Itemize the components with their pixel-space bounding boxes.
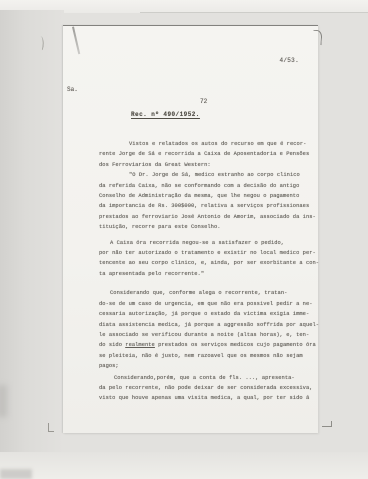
folio-number: 4/53.	[279, 57, 299, 64]
text-line: cessaria autorização, já porque o estado…	[99, 309, 319, 319]
text-line: Considerando que, conforme alega o recor…	[99, 288, 319, 298]
scanned-page-photo: 4/53. Sa. 72 Rec. nº 490/1952. Vistos e …	[0, 0, 368, 479]
crop-mark-bottom-right	[322, 421, 332, 427]
page-fold-crease	[72, 27, 80, 55]
document-heading: Rec. nº 490/1952.	[131, 111, 200, 118]
text-line: da referida Caixa, não se conformando co…	[99, 181, 319, 191]
text-line: se pleiteia, não é justo, nem razoavel q…	[99, 351, 319, 361]
text-line: rente Jorge de Sá e recorrida a Caixa de…	[99, 149, 319, 159]
text-line: dos Ferroviarios da Great Western:	[99, 160, 319, 170]
page-number: 72	[200, 98, 207, 105]
text-line: ta apresentada pelo recorrente."	[99, 269, 319, 279]
text-line: "O Dr. Jorge de Sá, medico estranho ao c…	[99, 170, 319, 180]
text-line: visto que houve apenas uma visita medica…	[99, 393, 319, 403]
text-line: da pelo recorrente, não pode deixar de s…	[99, 383, 319, 393]
text-line: do-se de um caso de urgencia, em que não…	[99, 299, 319, 309]
text-line: tencente ao seu corpo clinico, e, ainda,…	[99, 258, 319, 268]
underlined-word: realmente	[125, 342, 155, 348]
text-line: prestados ao ferroviario José Antonio de…	[99, 212, 319, 222]
crop-mark-bottom-left	[48, 423, 54, 432]
paragraph: Considerando que, conforme alega o recor…	[99, 288, 319, 371]
paragraph: Considerando,porém, que a conta de fls. …	[99, 373, 319, 404]
text-line: por não ter autorizado o tratamento e ex…	[99, 248, 319, 258]
paragraph: "O Dr. Jorge de Sá, medico estranho ao c…	[99, 170, 319, 232]
text-line: Considerando,porém, que a conta de fls. …	[99, 373, 319, 383]
text-line: pagos;	[99, 361, 319, 371]
text-line: Conselho de Administração da mesma, que …	[99, 191, 319, 201]
text-line: Vistos e relatados os autos do recurso e…	[99, 139, 319, 149]
paragraph: Vistos e relatados os autos do recurso e…	[99, 139, 319, 170]
scan-top-edge-line	[140, 12, 368, 13]
text-line: tituição, recorre para este Conselho.	[99, 222, 319, 232]
corner-mark-top-right	[312, 30, 322, 46]
scan-bottom-strip	[0, 452, 368, 479]
scan-bottom-left-patch	[0, 469, 32, 479]
margin-note: Sa.	[67, 86, 78, 93]
paragraph: A Caixa óra recorrida negou-se a satisfa…	[99, 238, 319, 280]
scan-left-shading	[0, 10, 64, 470]
document-body: Vistos e relatados os autos do recurso e…	[99, 139, 319, 404]
document-sheet: 4/53. Sa. 72 Rec. nº 490/1952. Vistos e …	[63, 25, 318, 433]
text-line: diata assistencia medica, já porque a ag…	[99, 320, 319, 330]
text-line: le associado se verificou durante a noit…	[99, 330, 319, 340]
text-line: do sido realmente prestados os serviços …	[99, 340, 319, 350]
text-line: da importancia de Rs. 300$000, relativa …	[99, 201, 319, 211]
scan-left-smudge	[0, 385, 7, 417]
text-line: A Caixa óra recorrida negou-se a satisfa…	[99, 238, 319, 248]
